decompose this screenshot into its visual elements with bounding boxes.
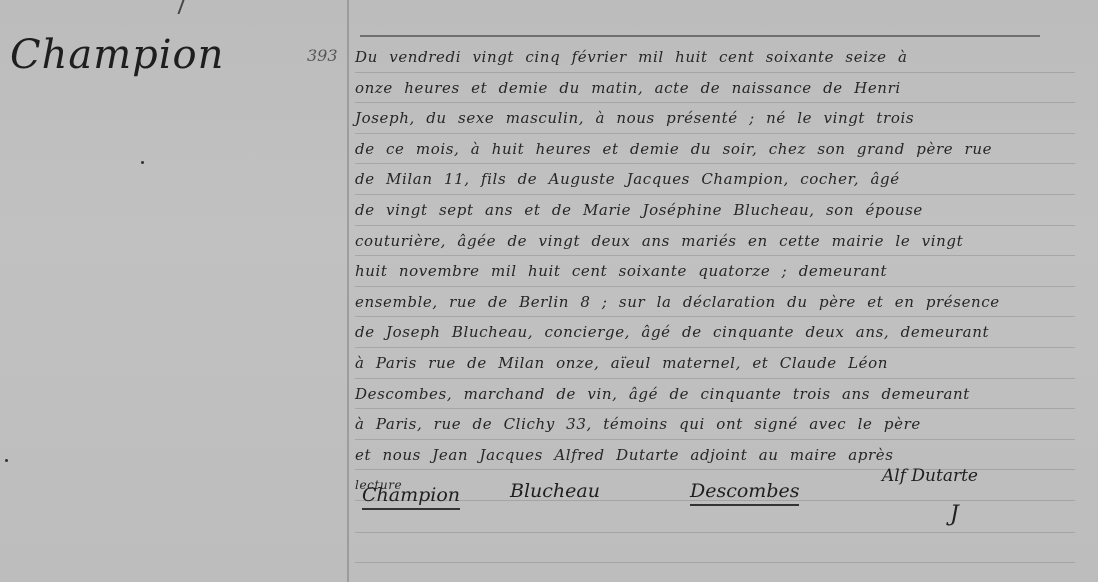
entry-number: 393 bbox=[307, 46, 338, 65]
record-line: à Paris, rue de Clichy 33, témoins qui o… bbox=[355, 409, 1075, 440]
record-line: de Joseph Blucheau, concierge, âgé de ci… bbox=[355, 317, 1075, 348]
signature-officer: Alf Dutarte bbox=[882, 466, 978, 486]
record-line: Descombes, marchand de vin, âgé de cinqu… bbox=[355, 379, 1075, 410]
register-page: Champion 393 Du vendredi vingt cinq févr… bbox=[0, 0, 1098, 582]
record-line: à Paris rue de Milan onze, aïeul materne… bbox=[355, 348, 1075, 379]
record-line: de vingt sept ans et de Marie Joséphine … bbox=[355, 195, 1075, 226]
paraph-mark: J bbox=[950, 502, 959, 527]
record-line: de ce mois, à huit heures et demie du so… bbox=[355, 134, 1075, 165]
ruled-line-blank bbox=[355, 562, 1075, 563]
record-line: onze heures et demie du matin, acte de n… bbox=[355, 73, 1075, 104]
ruled-line-blank bbox=[355, 532, 1075, 533]
margin-surname: Champion bbox=[10, 32, 224, 78]
entry-separator-rule bbox=[360, 35, 1040, 37]
record-line: Du vendredi vingt cinq février mil huit … bbox=[355, 42, 1075, 73]
margin-rule bbox=[347, 0, 349, 582]
record-line: couturière, âgée de vingt deux ans marié… bbox=[355, 226, 1075, 257]
ink-speck bbox=[5, 459, 8, 462]
record-line: huit novembre mil huit cent soixante qua… bbox=[355, 256, 1075, 287]
signature-witness-1: Blucheau bbox=[510, 480, 600, 502]
signature-father: Champion bbox=[362, 484, 460, 510]
ink-speck bbox=[141, 161, 144, 164]
record-line: de Milan 11, fils de Auguste Jacques Cha… bbox=[355, 164, 1075, 195]
margin-column: Champion bbox=[0, 0, 348, 582]
record-line: Joseph, du sexe masculin, à nous présent… bbox=[355, 103, 1075, 134]
record-body: Du vendredi vingt cinq février mil huit … bbox=[355, 42, 1075, 501]
ink-stroke bbox=[177, 0, 194, 14]
record-line: ensemble, rue de Berlin 8 ; sur la décla… bbox=[355, 287, 1075, 318]
signature-witness-2: Descombes bbox=[690, 480, 799, 506]
signatures-row: Champion Blucheau Descombes Alf Dutarte … bbox=[360, 470, 1080, 530]
